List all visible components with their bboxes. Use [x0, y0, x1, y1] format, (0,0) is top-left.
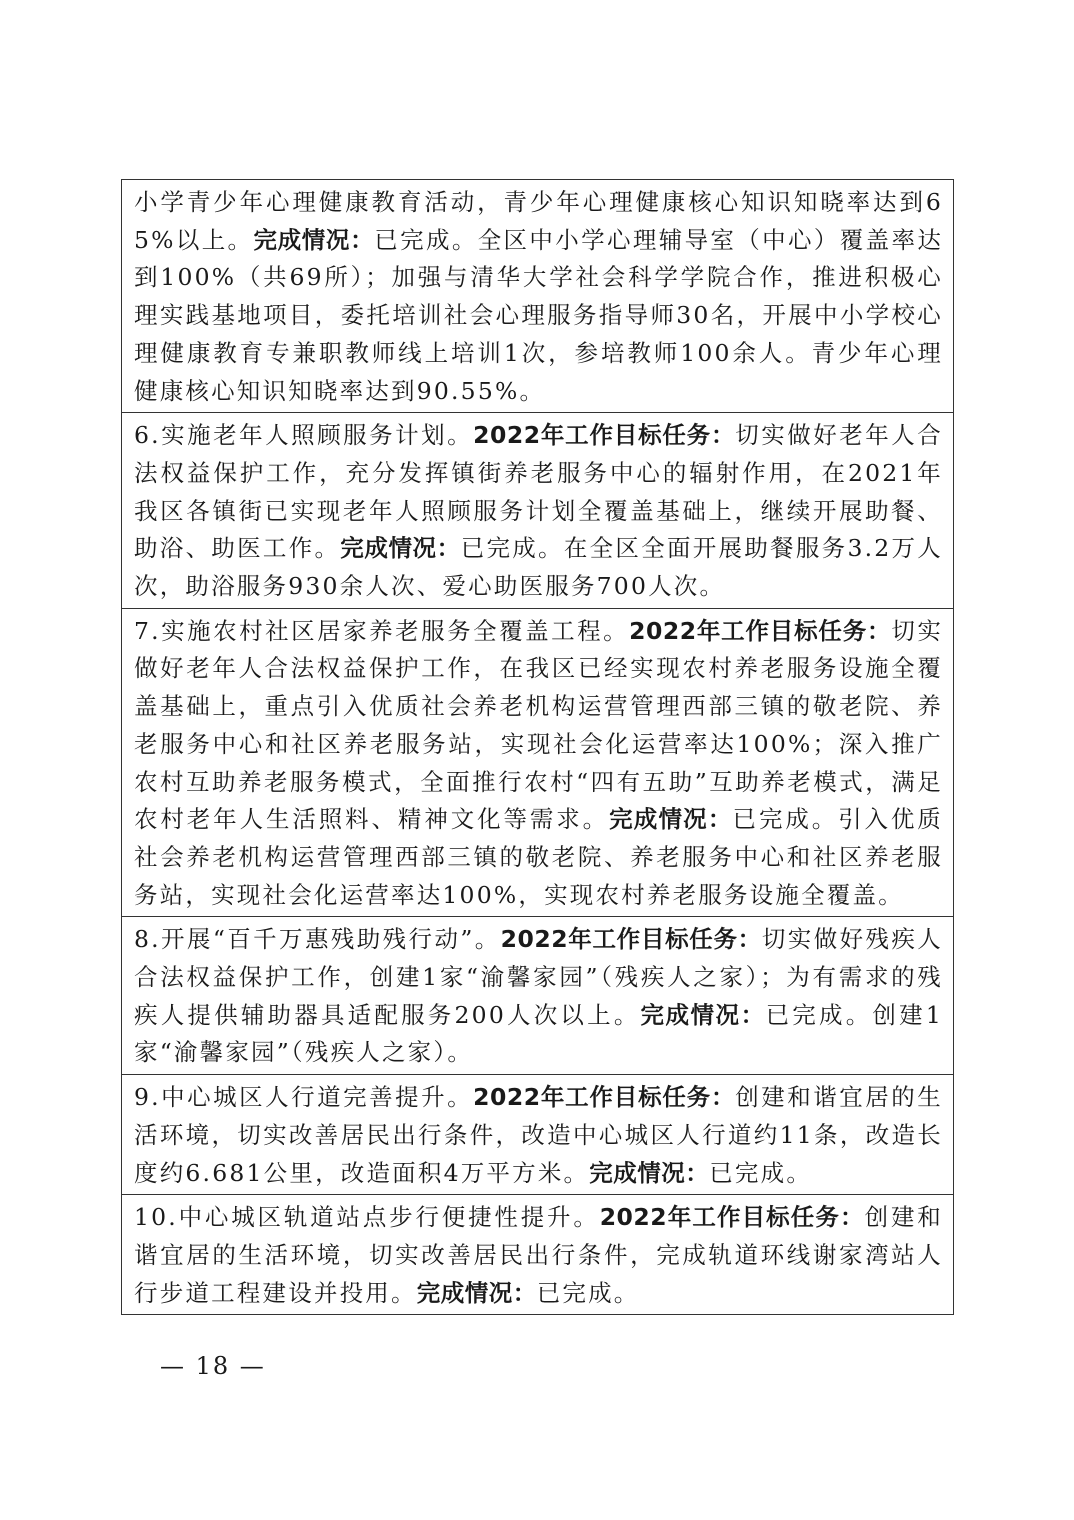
- table-row: 小学青少年心理健康教育活动，青少年心理健康核心知识知晓率达到65%以上。完成情况…: [122, 180, 953, 412]
- row-text: 8.开展“百千万惠残助残行动”。: [134, 925, 501, 953]
- table-row: 8.开展“百千万惠残助残行动”。2022年工作目标任务：切实做好残疾人合法权益保…: [122, 916, 953, 1074]
- row-text: 6.实施老年人照顾服务计划。: [134, 421, 473, 449]
- row-text: 切实做好老年人合法权益保护工作，在我区已经实现农村养老服务设施全覆盖基础上，重点…: [134, 617, 943, 834]
- bold-label: 完成情况：: [589, 1159, 709, 1187]
- row-text: 7.实施农村社区居家养老服务全覆盖工程。: [134, 617, 629, 645]
- row-text: 已完成。: [709, 1159, 812, 1187]
- bold-label: 完成情况：: [417, 1279, 537, 1307]
- bold-label: 2022年工作目标任务：: [501, 925, 762, 953]
- table-row: 6.实施老年人照顾服务计划。2022年工作目标任务：切实做好老年人合法权益保护工…: [122, 412, 953, 608]
- row-text: 已完成。: [537, 1279, 640, 1307]
- page-number: — 18 —: [160, 1352, 266, 1380]
- bold-label: 2022年工作目标任务：: [600, 1203, 865, 1231]
- bold-label: 完成情况：: [340, 534, 460, 562]
- bold-label: 完成情况：: [253, 226, 374, 254]
- row-text: 10.中心城区轨道站点步行便捷性提升。: [134, 1203, 600, 1231]
- bold-label: 2022年工作目标任务：: [473, 1083, 735, 1111]
- table-row: 9.中心城区人行道完善提升。2022年工作目标任务：创建和谐宜居的生活环境，切实…: [122, 1074, 953, 1194]
- bold-label: 完成情况：: [609, 805, 732, 833]
- table-row: 7.实施农村社区居家养老服务全覆盖工程。2022年工作目标任务：切实做好老年人合…: [122, 608, 953, 917]
- bold-label: 完成情况：: [641, 1001, 766, 1029]
- document-table: 小学青少年心理健康教育活动，青少年心理健康核心知识知晓率达到65%以上。完成情况…: [121, 179, 954, 1315]
- bold-label: 2022年工作目标任务：: [473, 421, 735, 449]
- table-row: 10.中心城区轨道站点步行便捷性提升。2022年工作目标任务：创建和谐宜居的生活…: [122, 1194, 953, 1314]
- row-text: 9.中心城区人行道完善提升。: [134, 1083, 473, 1111]
- bold-label: 2022年工作目标任务：: [629, 617, 891, 645]
